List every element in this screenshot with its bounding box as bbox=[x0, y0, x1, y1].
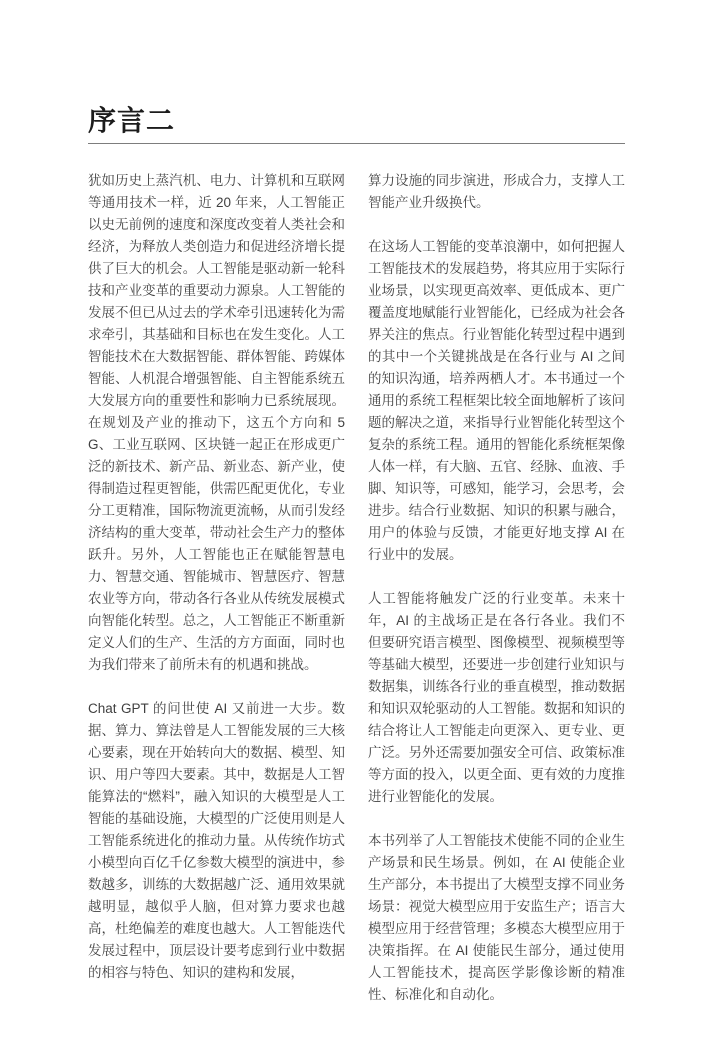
paragraph: 人工智能将触发广泛的行业变革。未来十年，AI 的主战场正是在各行各业。我们不但要… bbox=[368, 588, 625, 808]
paragraph: 算力设施的同步演进，形成合力，支撑人工智能产业升级换代。 bbox=[368, 170, 625, 214]
two-column-body: 犹如历史上蒸汽机、电力、计算机和互联网等通用技术一样，近 20 年来，人工智能正… bbox=[88, 170, 625, 1006]
paragraph: 本书列举了人工智能技术使能不同的企业生产场景和民生场景。例如，在 AI 使能企业… bbox=[368, 830, 625, 1006]
page-title: 序言二 bbox=[88, 102, 625, 140]
document-page: 序言二 犹如历史上蒸汽机、电力、计算机和互联网等通用技术一样，近 20 年来，人… bbox=[0, 0, 710, 1037]
page-content: 序言二 犹如历史上蒸汽机、电力、计算机和互联网等通用技术一样，近 20 年来，人… bbox=[88, 102, 625, 1006]
paragraph: 在这场人工智能的变革浪潮中，如何把握人工智能技术的发展趋势，将其应用于实际行业场… bbox=[368, 236, 625, 566]
paragraph: Chat GPT 的问世使 AI 又前进一大步。数据、算力、算法曾是人工智能发展… bbox=[88, 698, 345, 984]
title-divider bbox=[88, 143, 625, 144]
paragraph: 犹如历史上蒸汽机、电力、计算机和互联网等通用技术一样，近 20 年来，人工智能正… bbox=[88, 170, 345, 676]
column-right: 算力设施的同步演进，形成合力，支撑人工智能产业升级换代。 在这场人工智能的变革浪… bbox=[368, 170, 625, 1006]
column-left: 犹如历史上蒸汽机、电力、计算机和互联网等通用技术一样，近 20 年来，人工智能正… bbox=[88, 170, 345, 1006]
